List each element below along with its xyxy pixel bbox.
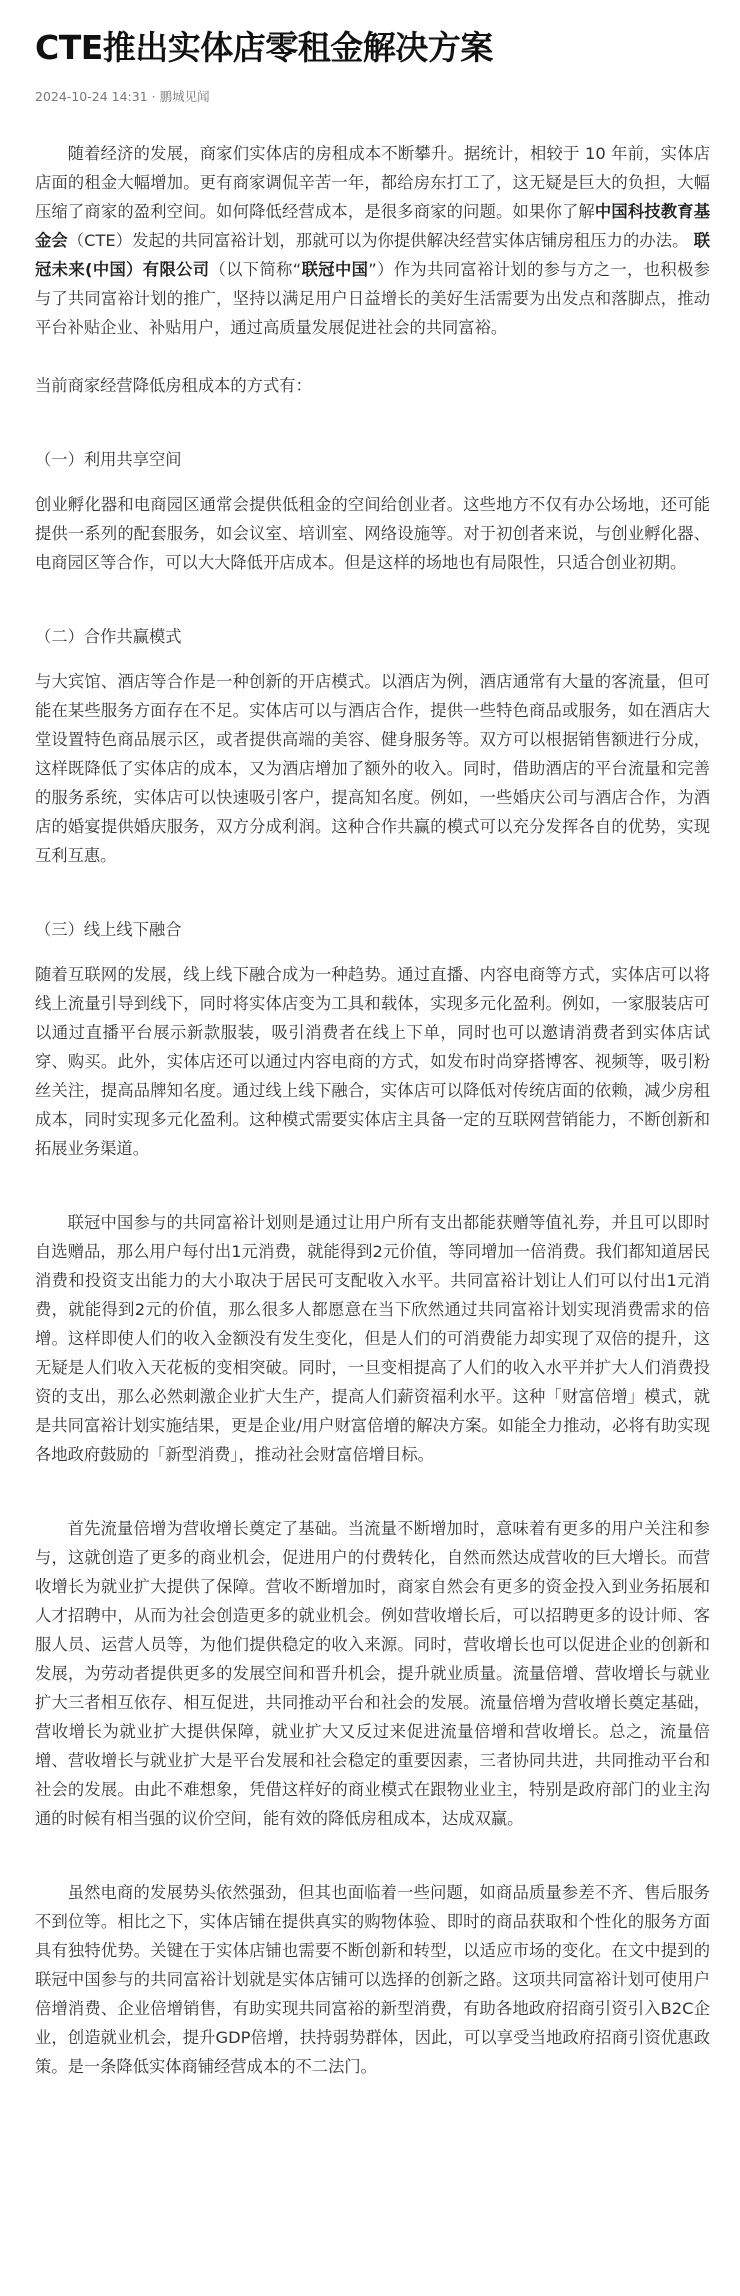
article-meta: 2024-10-24 14:31 · 鹏城见闻 <box>35 88 710 106</box>
section-body-3: 随着互联网的发展，线上线下融合成为一种趋势。通过直播、内容电商等方式，实体店可以… <box>35 960 710 1163</box>
source-name[interactable]: 鹏城见闻 <box>160 89 210 104</box>
meta-separator: · <box>148 89 160 104</box>
article-title: CTE推出实体店零租金解决方案 <box>35 0 710 70</box>
methods-intro: 当前商家经营降低房租成本的方式有： <box>35 371 710 400</box>
intro-text: （CTE）发起的共同富裕计划，那就可以为你提供解决经营实体店铺房租压力的办法。 <box>68 231 694 250</box>
section-heading-2: （二）合作共赢模式 <box>35 622 710 651</box>
section-body-2: 与大宾馆、酒店等合作是一种创新的开店模式。以酒店为例，酒店通常有大量的客流量，但… <box>35 667 710 870</box>
intro-paragraph: 随着经济的发展，商家们实体店的房租成本不断攀升。据统计，相较于 10 年前，实体… <box>35 139 710 342</box>
section-body-1: 创业孵化器和电商园区通常会提供低租金的空间给创业者。这些地方不仅有办公场地，还可… <box>35 490 710 577</box>
paragraph-conclusion: 虽然电商的发展势头依然强劲，但其也面临着一些问题，如商品质量参差不齐、售后服务不… <box>35 1878 710 2081</box>
intro-text: （以下简称“ <box>209 260 301 279</box>
section-heading-3: （三）线上线下融合 <box>35 915 710 944</box>
paragraph-common-prosperity: 联冠中国参与的共同富裕计划则是通过让用户所有支出都能获赠等值礼券，并且可以即时自… <box>35 1208 710 1469</box>
section-heading-1: （一）利用共享空间 <box>35 445 710 474</box>
article: CTE推出实体店零租金解决方案 2024-10-24 14:31 · 鹏城见闻 … <box>0 0 740 2081</box>
paragraph-traffic-growth: 首先流量倍增为营收增长奠定了基础。当流量不断增加时，意味着有更多的用户关注和参与… <box>35 1514 710 1833</box>
bold-short-name: 联冠中国 <box>301 260 368 279</box>
publish-datetime: 2024-10-24 14:31 <box>35 89 148 104</box>
